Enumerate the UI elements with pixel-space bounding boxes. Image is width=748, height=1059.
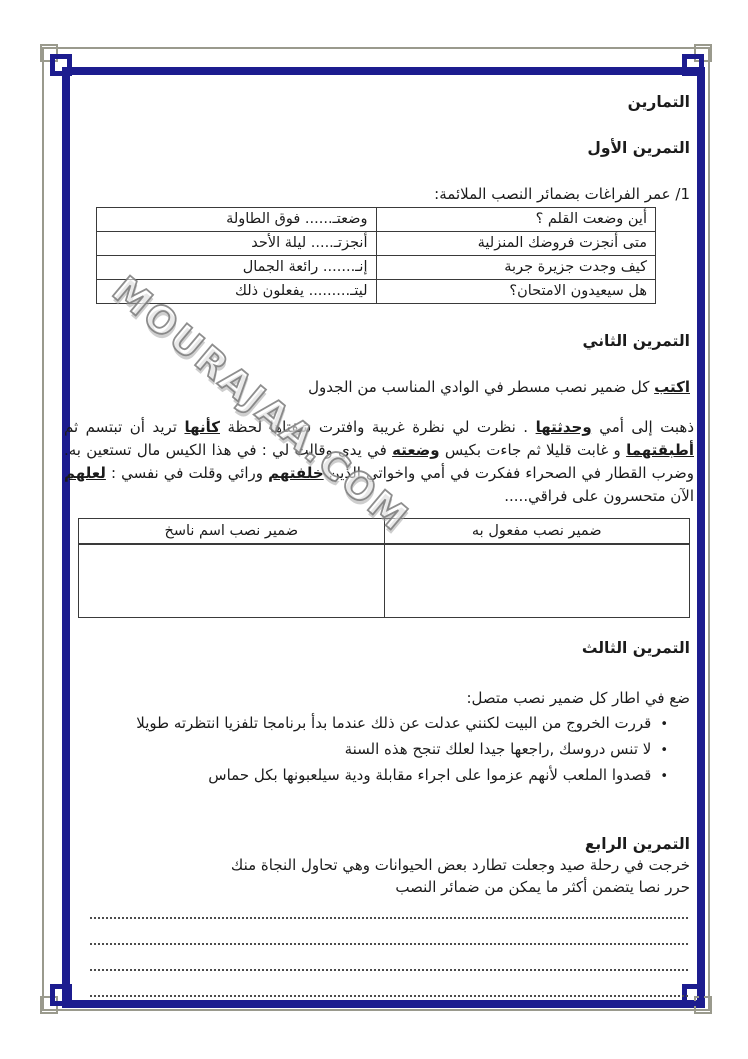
pronoun-sort-table: ضمير نصب مفعول به ضمير نصب اسم ناسخ [78, 518, 690, 618]
exercise4-heading: التمرين الرابع [78, 834, 690, 854]
exercise2-instruction: اكتب كل ضمير نصب مسطر في الوادي المناسب … [78, 377, 690, 398]
table-row: هل سيعيدون الامتحان؟ ليتـ......... يفعلو… [97, 280, 656, 304]
bullet-icon: • [660, 717, 668, 732]
question-cell: متى أنجزت فروضك المنزلية [376, 232, 656, 256]
answer-cell: إنـ....... رائعة الجمال [97, 256, 377, 280]
list-item-text: لا تنس دروسك ,راجعها جيدا لعلك تنجح هذه … [345, 740, 652, 758]
question-cell: أين وضعت القلم ؟ [376, 208, 656, 232]
answer-cell: وضعتـ...... فوق الطاولة [97, 208, 377, 232]
column-header-nasikh-pronoun: ضمير نصب اسم ناسخ [79, 519, 385, 545]
corner-knot-bottom-left-navy [50, 984, 72, 1006]
empty-answer-cell [79, 544, 385, 618]
worksheet-content: التمارين التمرين الأول 1/ عمر الفراغات ب… [78, 84, 690, 997]
dotted-answer-line [90, 945, 688, 971]
question-cell: هل سيعيدون الامتحان؟ [376, 280, 656, 304]
table-header-row: ضمير نصب مفعول به ضمير نصب اسم ناسخ [79, 519, 690, 545]
answer-cell: أنجزتـ..... ليلة الأحد [97, 232, 377, 256]
bullet-list: •قررت الخروج من البيت لكنني عدلت عن ذلك … [78, 711, 690, 789]
column-header-object-pronoun: ضمير نصب مفعول به [384, 519, 690, 545]
bullet-icon: • [660, 743, 668, 758]
bullet-icon: • [660, 769, 668, 784]
writing-lines [90, 893, 688, 997]
narrative-paragraph: ذهبت إلى أمي وحدثتها . نظرت لي نظرة غريب… [64, 416, 694, 508]
exercise4-prompt-line1: خرجت في رحلة صيد وجعلت تطارد بعض الحيوان… [78, 854, 690, 876]
exercise3-instruction: ضع في اطار كل ضمير نصب متصل: [78, 688, 690, 709]
table-row: أين وضعت القلم ؟ وضعتـ...... فوق الطاولة [97, 208, 656, 232]
table-row: كيف وجدت جزيرة جربة إنـ....... رائعة الج… [97, 256, 656, 280]
page-title: التمارين [78, 92, 690, 112]
question-cell: كيف وجدت جزيرة جربة [376, 256, 656, 280]
corner-knot-top-left-navy [50, 54, 72, 76]
empty-answer-cell [384, 544, 690, 618]
exercise1-heading: التمرين الأول [78, 138, 690, 158]
corner-knot-top-right-navy [682, 54, 704, 76]
table-row: متى أنجزت فروضك المنزلية أنجزتـ..... ليل… [97, 232, 656, 256]
exercise1-instruction: 1/ عمر الفراغات بضمائر النصب الملائمة: [78, 184, 690, 205]
list-item: •لا تنس دروسك ,راجعها جيدا لعلك تنجح هذه… [78, 737, 668, 763]
answer-cell: ليتـ......... يفعلون ذلك [97, 280, 377, 304]
dotted-answer-line [90, 971, 688, 997]
table-row [79, 544, 690, 618]
list-item-text: قصدوا الملعب لأنهم عزموا على اجراء مقابل… [208, 766, 651, 784]
dotted-answer-line [90, 919, 688, 945]
fill-blanks-table: أين وضعت القلم ؟ وضعتـ...... فوق الطاولة… [96, 207, 656, 304]
list-item: •قصدوا الملعب لأنهم عزموا على اجراء مقاب… [78, 763, 668, 789]
exercise3-heading: التمرين الثالث [78, 638, 690, 658]
list-item: •قررت الخروج من البيت لكنني عدلت عن ذلك … [78, 711, 668, 737]
exercise2-heading: التمرين الثاني [78, 331, 690, 351]
list-item-text: قررت الخروج من البيت لكنني عدلت عن ذلك ع… [136, 714, 651, 732]
